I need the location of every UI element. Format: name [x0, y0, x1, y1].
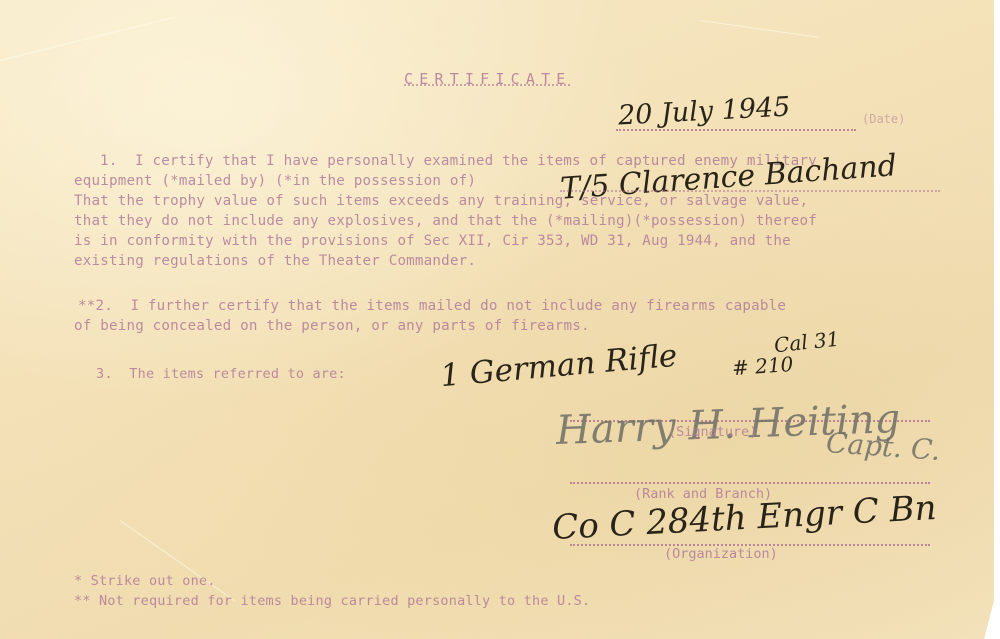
name-line: [560, 190, 940, 192]
date-line: [616, 129, 856, 131]
paragraph-1-line: is in conformity with the provisions of …: [74, 233, 791, 249]
footnote-not-required: ** Not required for items being carried …: [74, 593, 590, 609]
rank-line: [570, 482, 930, 484]
paragraph-1-line: that they do not include any explosives,…: [74, 213, 817, 229]
paragraph-1-line: That the trophy value of such items exce…: [74, 193, 808, 209]
footnote-strike-out: * Strike out one.: [74, 573, 216, 589]
paper-crease: [700, 20, 819, 38]
rank-handwritten: Capt. C.: [825, 426, 941, 467]
paper-crease: [120, 520, 235, 601]
items-label: 3. The items referred to are:: [96, 366, 346, 382]
certificate-paper: CERTIFICATE 20 July 1945 (Date) 1. I cer…: [0, 0, 994, 639]
organization-handwritten: Co C 284th Engr C Bn: [551, 488, 937, 548]
organization-caption: (Organization): [664, 546, 778, 562]
paragraph-2-line: **2. I further certify that the items ma…: [78, 298, 786, 314]
document-title: CERTIFICATE: [404, 70, 572, 88]
items-handwritten: 1 German Rifle: [439, 338, 679, 395]
serial-handwritten: # 210: [731, 352, 794, 380]
paragraph-1-line: existing regulations of the Theater Comm…: [74, 253, 476, 269]
date-handwritten: 20 July 1945: [617, 92, 791, 132]
paper-crease: [0, 16, 175, 61]
paragraph-2-line: of being concealed on the person, or any…: [74, 318, 590, 334]
paragraph-1-line: equipment (*mailed by) (*in the possessi…: [74, 173, 476, 189]
date-caption: (Date): [862, 112, 905, 126]
signature-caption: (Signature): [668, 424, 757, 440]
